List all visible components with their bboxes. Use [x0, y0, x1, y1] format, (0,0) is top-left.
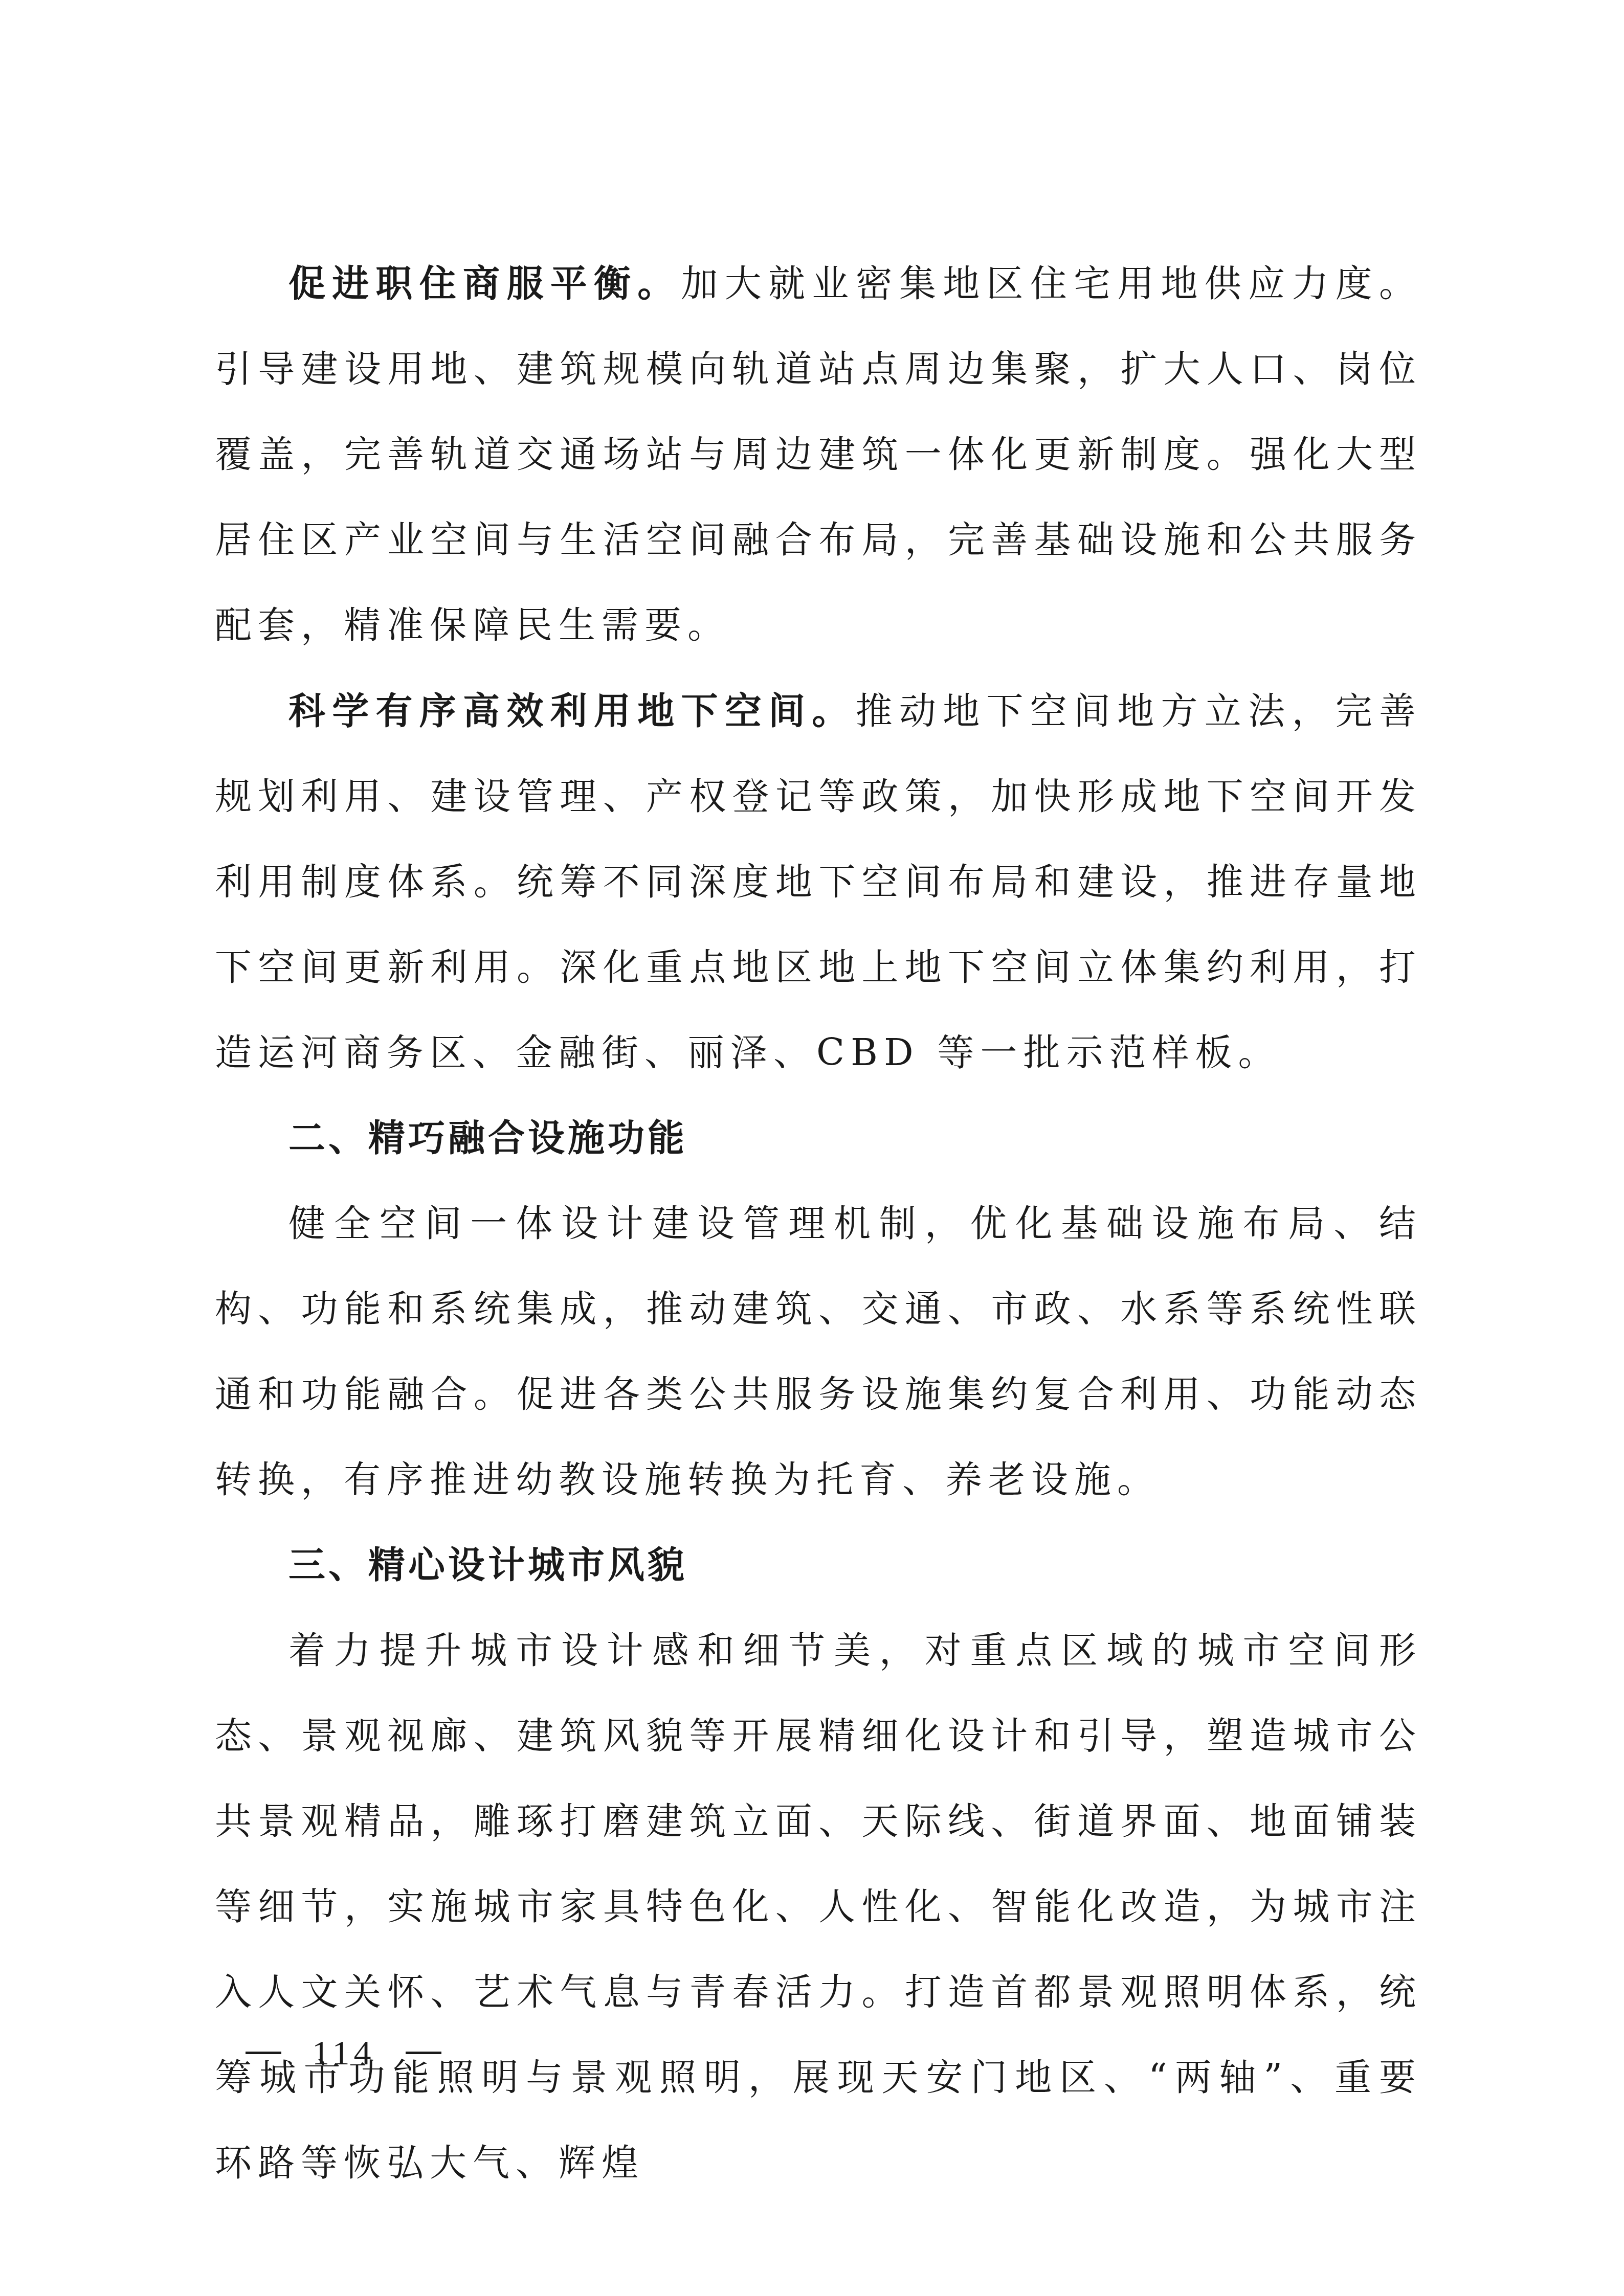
paragraph-urban-design: 着力提升城市设计感和细节美，对重点区域的城市空间形态、景观视廊、建筑风貌等开展精…	[215, 1608, 1422, 2205]
page-number: 114	[246, 2033, 441, 2073]
paragraph-underground-space: 科学有序高效利用地下空间。推动地下空间地方立法，完善规划利用、建设管理、产权登记…	[215, 668, 1422, 1095]
paragraph-text: 推动地下空间地方立法，完善规划利用、建设管理、产权登记等政策，加快形成地下空间开…	[215, 689, 1422, 1074]
paragraph-text: 着力提升城市设计感和细节美，对重点区域的城市空间形态、景观视廊、建筑风貌等开展精…	[215, 1629, 1422, 2184]
section-heading-facility-functions: 二、精巧融合设施功能	[215, 1095, 1422, 1181]
document-body: 促进职住商服平衡。加大就业密集地区住宅用地供应力度。引导建设用地、建筑规模向轨道…	[215, 240, 1422, 2205]
paragraph-text: 健全空间一体设计建设管理机制，优化基础设施布局、结构、功能和系统集成，推动建筑、…	[215, 1202, 1422, 1501]
dash-left	[246, 2052, 281, 2054]
paragraph-facility-integration: 健全空间一体设计建设管理机制，优化基础设施布局、结构、功能和系统集成，推动建筑、…	[215, 1181, 1422, 1522]
page-number-value: 114	[312, 2033, 375, 2073]
paragraph-lead: 促进职住商服平衡。	[288, 261, 681, 305]
section-heading-city-appearance: 三、精心设计城市风貌	[215, 1522, 1422, 1608]
paragraph-lead: 科学有序高效利用地下空间。	[288, 689, 856, 732]
paragraph-jobs-housing-balance: 促进职住商服平衡。加大就业密集地区住宅用地供应力度。引导建设用地、建筑规模向轨道…	[215, 240, 1422, 668]
paragraph-text: 加大就业密集地区住宅用地供应力度。引导建设用地、建筑规模向轨道站点周边集聚，扩大…	[215, 262, 1422, 646]
dash-right	[406, 2052, 441, 2054]
